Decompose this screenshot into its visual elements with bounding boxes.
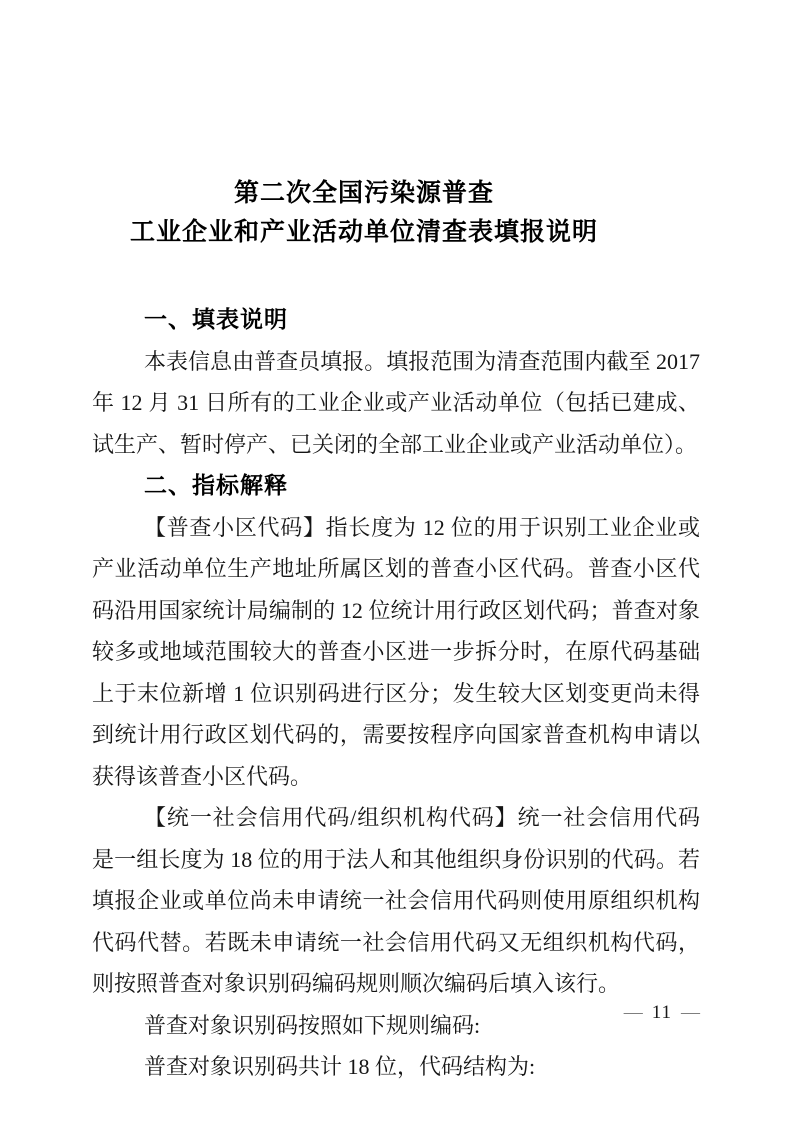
document-title-line2: 工业企业和产业活动单位清查表填报说明 xyxy=(0,213,728,252)
page-number-value: 11 xyxy=(652,1002,672,1023)
document-title-line1: 第二次全国污染源普查 xyxy=(0,174,728,213)
page-number-dash-left: — xyxy=(624,1002,643,1023)
document-body: 一、填表说明 本表信息由普查员填报。填报范围为清查范围内截至 2017 年 12… xyxy=(92,299,700,1088)
document-title: 第二次全国污染源普查 工业企业和产业活动单位清查表填报说明 xyxy=(0,174,728,252)
paragraph-census-area-code: 【普查小区代码】指长度为 12 位的用于识别工业企业或产业活动单位生产地址所属区… xyxy=(92,507,700,798)
paragraph-fill-scope: 本表信息由普查员填报。填报范围为清查范围内截至 2017 年 12 月 31 日… xyxy=(92,341,700,466)
section-heading-indicator-explanation: 二、指标解释 xyxy=(92,465,700,507)
document-page: 第二次全国污染源普查 工业企业和产业活动单位清查表填报说明 一、填表说明 本表信… xyxy=(0,0,800,1131)
paragraph-id-code-structure-intro: 普查对象识别码共计 18 位，代码结构为: xyxy=(92,1046,700,1088)
page-number-dash-right: — xyxy=(681,1002,700,1023)
paragraph-unified-social-credit-code: 【统一社会信用代码/组织机构代码】统一社会信用代码是一组长度为 18 位的用于法… xyxy=(92,797,700,1005)
page-number: —11— xyxy=(0,1000,700,1026)
section-heading-fill-instructions: 一、填表说明 xyxy=(92,299,700,341)
